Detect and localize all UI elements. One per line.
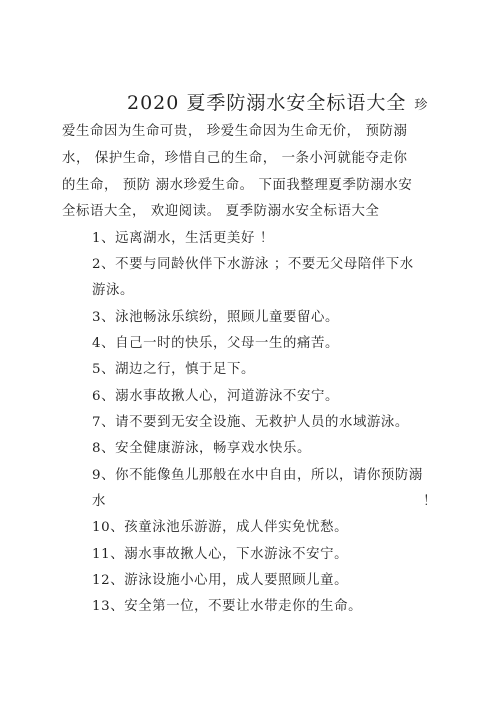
slogan-item: 13、安全第一位，不要让水带走你的生命。 (92, 595, 362, 614)
slogan-item: 10、孩童泳池乐游游，成人伴实免忧愁。 (92, 516, 348, 535)
slogan-item: 7、请不要到无安全设施、无救护人员的水域游泳。 (92, 411, 409, 430)
slogan-item: 2、不要与同龄伙伴下水游泳 ；不要无父母陪伴下水 (92, 253, 414, 272)
intro-line: 爱生命因为生命可贵， 珍爱生命因为生命无价， 预防溺 (62, 120, 408, 139)
slogan-item: 8、安全健康游泳，畅享戏水快乐。 (92, 437, 311, 456)
slogan-item: 3、泳池畅泳乐缤纷，照顾儿童要留心。 (92, 306, 339, 325)
slogan-item: 11、溺水事故揪人心，下水游泳不安宁。 (92, 543, 348, 562)
title-tail: 珍 (414, 98, 428, 113)
document-title: 2020 夏季防溺水安全标语大全珍 (127, 88, 428, 115)
slogan-item: 9、你不能像鱼儿那般在水中自由，所以，请你预防溺 (92, 464, 423, 483)
slogan-item: 5、湖边之行，慎于足下。 (92, 358, 255, 377)
intro-line: 水， 保护生命，珍惜自己的生命， 一条小河就能夺走你 (62, 147, 408, 166)
document-page: 2020 夏季防溺水安全标语大全珍 爱生命因为生命可贵， 珍爱生命因为生命无价，… (0, 0, 500, 708)
slogan-item: 6、溺水事故揪人心，河道游泳不安宁。 (92, 385, 339, 404)
slogan-item: 1、远离湖水，生活更美好 ！ (92, 227, 274, 246)
slogan-item-end-mark: ！ (423, 490, 436, 509)
slogan-item: 4、自己一时的快乐，父母一生的痛苦。 (92, 332, 339, 351)
slogan-item: 12、游泳设施小心用，成人要照顾儿童。 (92, 569, 348, 588)
intro-line: 全标语大全， 欢迎阅读。 夏季防溺水安全标语大全 (62, 200, 380, 219)
slogan-item-continuation: 游泳。 (92, 279, 134, 298)
slogan-item-continuation: 水 (92, 490, 106, 509)
intro-line: 的生命， 预防 溺水珍爱生命。 下面我整理夏季防溺水安 (62, 174, 412, 193)
title-text: 2020 夏季防溺水安全标语大全 (127, 92, 406, 114)
